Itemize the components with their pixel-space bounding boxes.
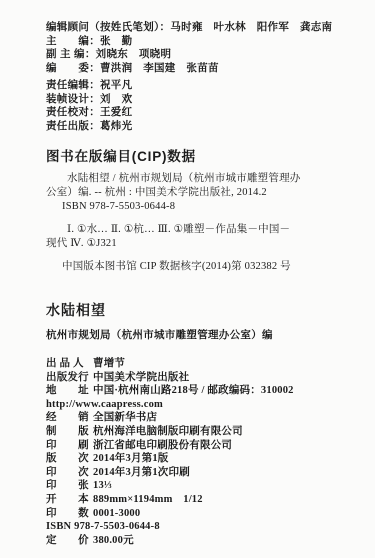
copyright-page: 编辑顾问（按姓氏笔划）：马时雍 叶水林 阳作军 龚志南 主 编：张 勤 副 主 … [0, 0, 375, 558]
format-row: 开 本889mm×1194mm 1/12 [46, 493, 361, 507]
format-value: 889mm×1194mm 1/12 [93, 494, 203, 505]
deputy-editor-row: 副 主 编：刘晓东 项晓明 [46, 48, 361, 62]
committee-label: 编 委： [46, 62, 100, 74]
chief-editor-label: 主 编： [46, 35, 100, 47]
address-value: 中国·杭州南山路218号 / 邮政编码：310002 [93, 385, 294, 396]
producer-label: 出 品 人 [46, 357, 93, 371]
proofreader-name: 王爱红 [100, 106, 132, 118]
resp-publisher-label: 责任出版： [46, 120, 100, 132]
print-run-value: 0001-3000 [93, 508, 140, 519]
chief-editor-row: 主 编：张 勤 [46, 35, 361, 49]
designer-name: 刘 欢 [100, 93, 132, 105]
format-label: 开 本 [46, 493, 93, 507]
edition-label: 版 次 [46, 452, 93, 466]
distributor-name: 全国新华书店 [93, 412, 157, 423]
sheets-value: 13⅓ [93, 480, 112, 491]
print-run-label: 印 数 [46, 507, 93, 521]
staff-credits: 责任编辑：祝平凡 装帧设计：刘 欢 责任校对：王爱红 责任出版：葛炜光 [46, 79, 361, 133]
print-run-row: 印 数0001-3000 [46, 507, 361, 521]
book-title-block: 水陆相望 杭州市规划局（杭州市城市雕塑管理办公室）编 [46, 300, 361, 342]
publisher-label: 出版发行 [46, 371, 93, 385]
printer-label: 印 刷 [46, 439, 93, 453]
cip-description-line2: 公室）编. -- 杭州 : 中国美术学院出版社, 2014.2 [46, 186, 361, 200]
proofreader-label: 责任校对： [46, 106, 100, 118]
platemaking-row: 制 版杭州海洋电脑制版印刷有限公司 [46, 425, 361, 439]
price-label: 定 价 [46, 534, 93, 548]
committee-row: 编 委：曹洪润 李国建 张苗苗 [46, 62, 361, 76]
design-row: 装帧设计：刘 欢 [46, 93, 361, 107]
printer-row: 印 刷浙江省邮电印刷股份有限公司 [46, 439, 361, 453]
cip-registry-number: 中国版本图书馆 CIP 数据核字(2014)第 032382 号 [46, 260, 361, 274]
editorial-credits: 编辑顾问（按姓氏笔划）：马时雍 叶水林 阳作军 龚志南 主 编：张 勤 副 主 … [46, 21, 361, 75]
resp-publisher-row: 责任出版：葛炜光 [46, 120, 361, 134]
resp-editor-row: 责任编辑：祝平凡 [46, 79, 361, 93]
cip-heading: 图书在版编目(CIP)数据 [46, 145, 361, 165]
cip-classification-line1: Ⅰ. ①水… Ⅱ. ①杭… Ⅲ. ①雕塑－作品集－中国－ [46, 223, 361, 237]
platemaking-label: 制 版 [46, 425, 93, 439]
impression-value: 2014年3月第1次印刷 [93, 467, 190, 478]
resp-editor-label: 责任编辑： [46, 79, 100, 91]
chief-editor-name: 张 勤 [100, 35, 132, 47]
sheets-row: 印 张13⅓ [46, 479, 361, 493]
price-row: 定 价380.00元 [46, 534, 361, 548]
address-label: 地 址 [46, 384, 93, 398]
website-line: http://www.caapress.com [46, 398, 361, 412]
sheets-label: 印 张 [46, 479, 93, 493]
isbn-line: ISBN 978-7-5503-0644-8 [46, 520, 361, 534]
impression-label: 印 次 [46, 466, 93, 480]
distributor-label: 经 销 [46, 411, 93, 425]
advisor-names: 马时雍 叶水林 阳作军 龚志南 [170, 21, 332, 33]
impression-row: 印 次2014年3月第1次印刷 [46, 466, 361, 480]
printer-company: 浙江省邮电印刷股份有限公司 [93, 440, 232, 451]
publisher-row: 出版发行中国美术学院出版社 [46, 371, 361, 385]
address-row: 地 址中国·杭州南山路218号 / 邮政编码：310002 [46, 384, 361, 398]
advisor-label: 编辑顾问（按姓氏笔划）： [46, 21, 170, 33]
design-label: 装帧设计： [46, 93, 100, 105]
resp-editor-name: 祝平凡 [100, 79, 132, 91]
publisher-name: 中国美术学院出版社 [93, 372, 189, 383]
deputy-editor-label: 副 主 编： [46, 48, 96, 60]
producer-name: 曹增节 [93, 358, 125, 369]
cip-block: 图书在版编目(CIP)数据 水陆相望 / 杭州市规划局（杭州市城市雕塑管理办 公… [46, 145, 361, 274]
cip-classification-line2: 现代 Ⅳ. ①J321 [46, 237, 361, 251]
price-value: 380.00元 [93, 535, 134, 546]
book-editor-line: 杭州市规划局（杭州市城市雕塑管理办公室）编 [46, 327, 361, 342]
committee-names: 曹洪润 李国建 张苗苗 [100, 62, 219, 74]
edition-value: 2014年3月第1版 [93, 453, 169, 464]
platemaking-company: 杭州海洋电脑制版印刷有限公司 [93, 426, 243, 437]
deputy-editor-names: 刘晓东 项晓明 [96, 48, 172, 60]
resp-publisher-name: 葛炜光 [100, 120, 132, 132]
edition-row: 版 次2014年3月第1版 [46, 452, 361, 466]
proofreader-row: 责任校对：王爱红 [46, 106, 361, 120]
book-title: 水陆相望 [46, 300, 361, 320]
colophon: 出 品 人曹增节 出版发行中国美术学院出版社 地 址中国·杭州南山路218号 /… [46, 357, 361, 547]
cip-description-line1: 水陆相望 / 杭州市规划局（杭州市城市雕塑管理办 [46, 172, 361, 186]
advisor-row: 编辑顾问（按姓氏笔划）：马时雍 叶水林 阳作军 龚志南 [46, 21, 361, 35]
cip-isbn: ISBN 978-7-5503-0644-8 [46, 200, 361, 214]
producer-row: 出 品 人曹增节 [46, 357, 361, 371]
distributor-row: 经 销全国新华书店 [46, 411, 361, 425]
